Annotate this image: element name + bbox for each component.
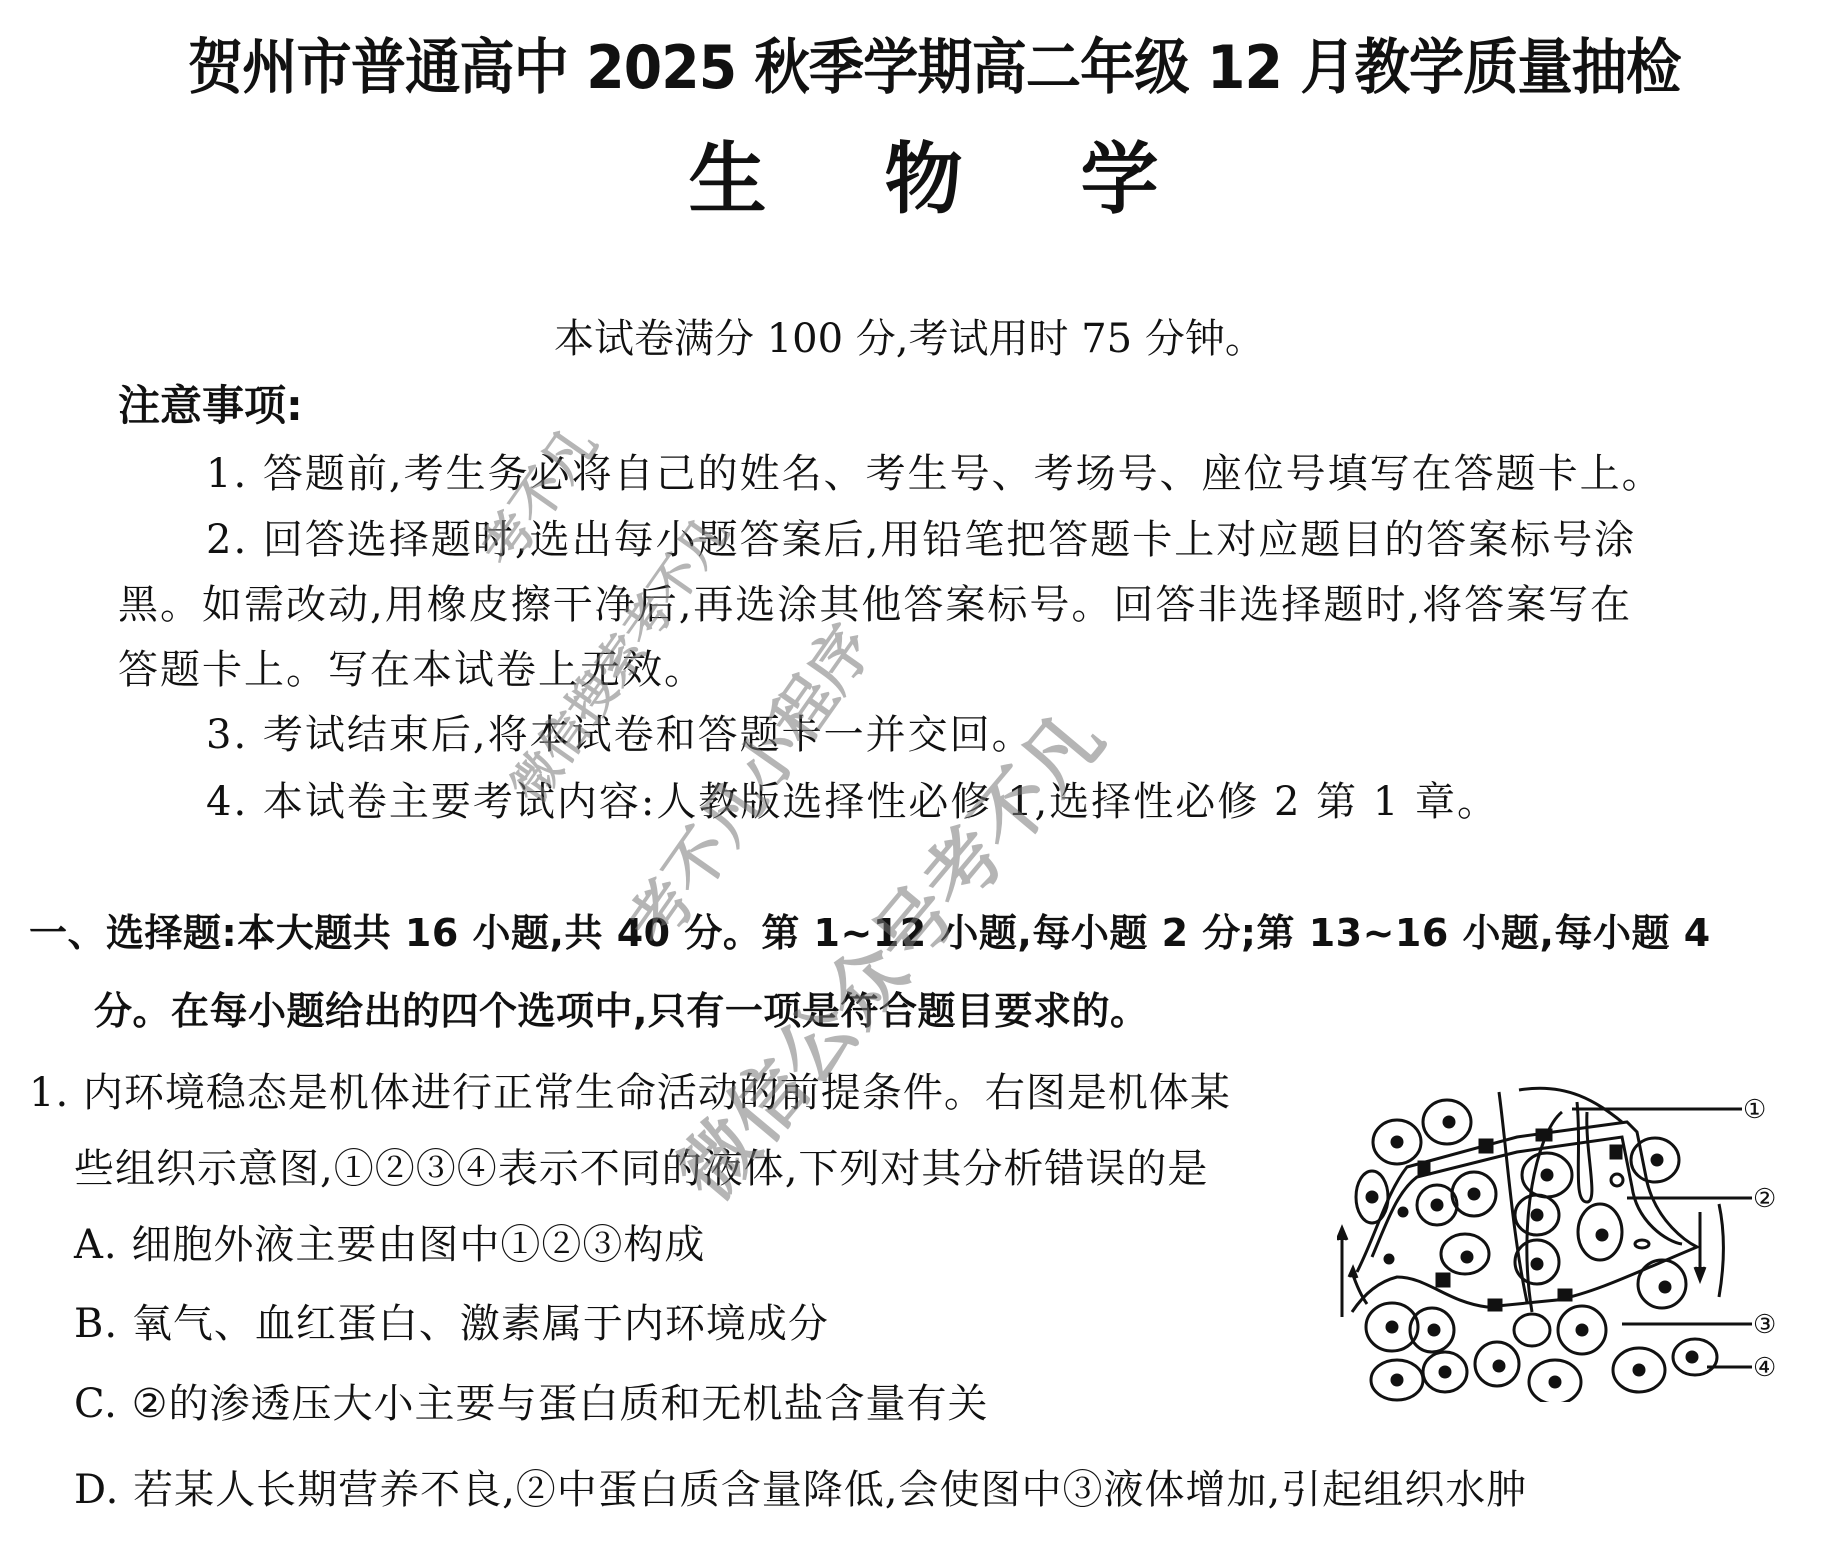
option-b: B. 氧气、血红蛋白、激素属于内环境成分 (74, 1299, 829, 1349)
notice-title: 注意事项: (118, 380, 303, 432)
question-1-stem-cont: 些组织示意图,①②③④表示不同的液体,下列对其分析错误的是 (74, 1144, 1208, 1194)
notice-item-1: 1. 答题前,考生务必将自己的姓名、考生号、考场号、座位号填写在答题卡上。 (206, 449, 1664, 499)
exam-title: 贺州市普通高中 2025 秋季学期高二年级 12 月教学质量抽检 (188, 30, 1522, 106)
notice-item-3: 3. 考试结束后,将本试卷和答题卡一并交回。 (206, 710, 1034, 760)
option-c: C. ②的渗透压大小主要与蛋白质和无机盐含量有关 (74, 1379, 988, 1429)
notice-item-2-cont2: 答题卡上。写在本试卷上无效。 (118, 645, 706, 695)
subject-title: 生物学 (0, 135, 1847, 225)
option-a: A. 细胞外液主要由图中①②③构成 (74, 1220, 705, 1270)
label-2: ② (1753, 1184, 1776, 1214)
section-header: 一、选择题:本大题共 16 小题,共 40 分。第 1~12 小题,每小题 2 … (29, 908, 1711, 958)
tissue-diagram-drawing: ① ② ③ ④ (1337, 1072, 1797, 1402)
question-1-stem: 1. 内环境稳态是机体进行正常生命活动的前提条件。右图是机体某 (29, 1068, 1231, 1118)
exam-meta: 本试卷满分 100 分,考试用时 75 分钟。 (554, 314, 1265, 364)
option-d: D. 若某人长期营养不良,②中蛋白质含量降低,会使图中③液体增加,引起组织水肿 (74, 1465, 1527, 1515)
section-header-cont: 分。在每小题给出的四个选项中,只有一项是符合题目要求的。 (94, 986, 1148, 1036)
label-4: ④ (1753, 1353, 1776, 1383)
notice-item-2: 2. 回答选择题时,选出每小题答案后,用铅笔把答题卡上对应题目的答案标号涂 (206, 515, 1636, 565)
notice-item-2-cont: 黑。如需改动,用橡皮擦干净后,再选涂其他答案标号。回答非选择题时,将答案写在 (118, 580, 1632, 630)
notice-item-4: 4. 本试卷主要考试内容:人教版选择性必修 1,选择性必修 2 第 1 章。 (206, 777, 1499, 827)
label-3: ③ (1753, 1310, 1776, 1340)
tissue-diagram: ① ② ③ ④ (1337, 1072, 1797, 1402)
label-1: ① (1743, 1095, 1766, 1125)
